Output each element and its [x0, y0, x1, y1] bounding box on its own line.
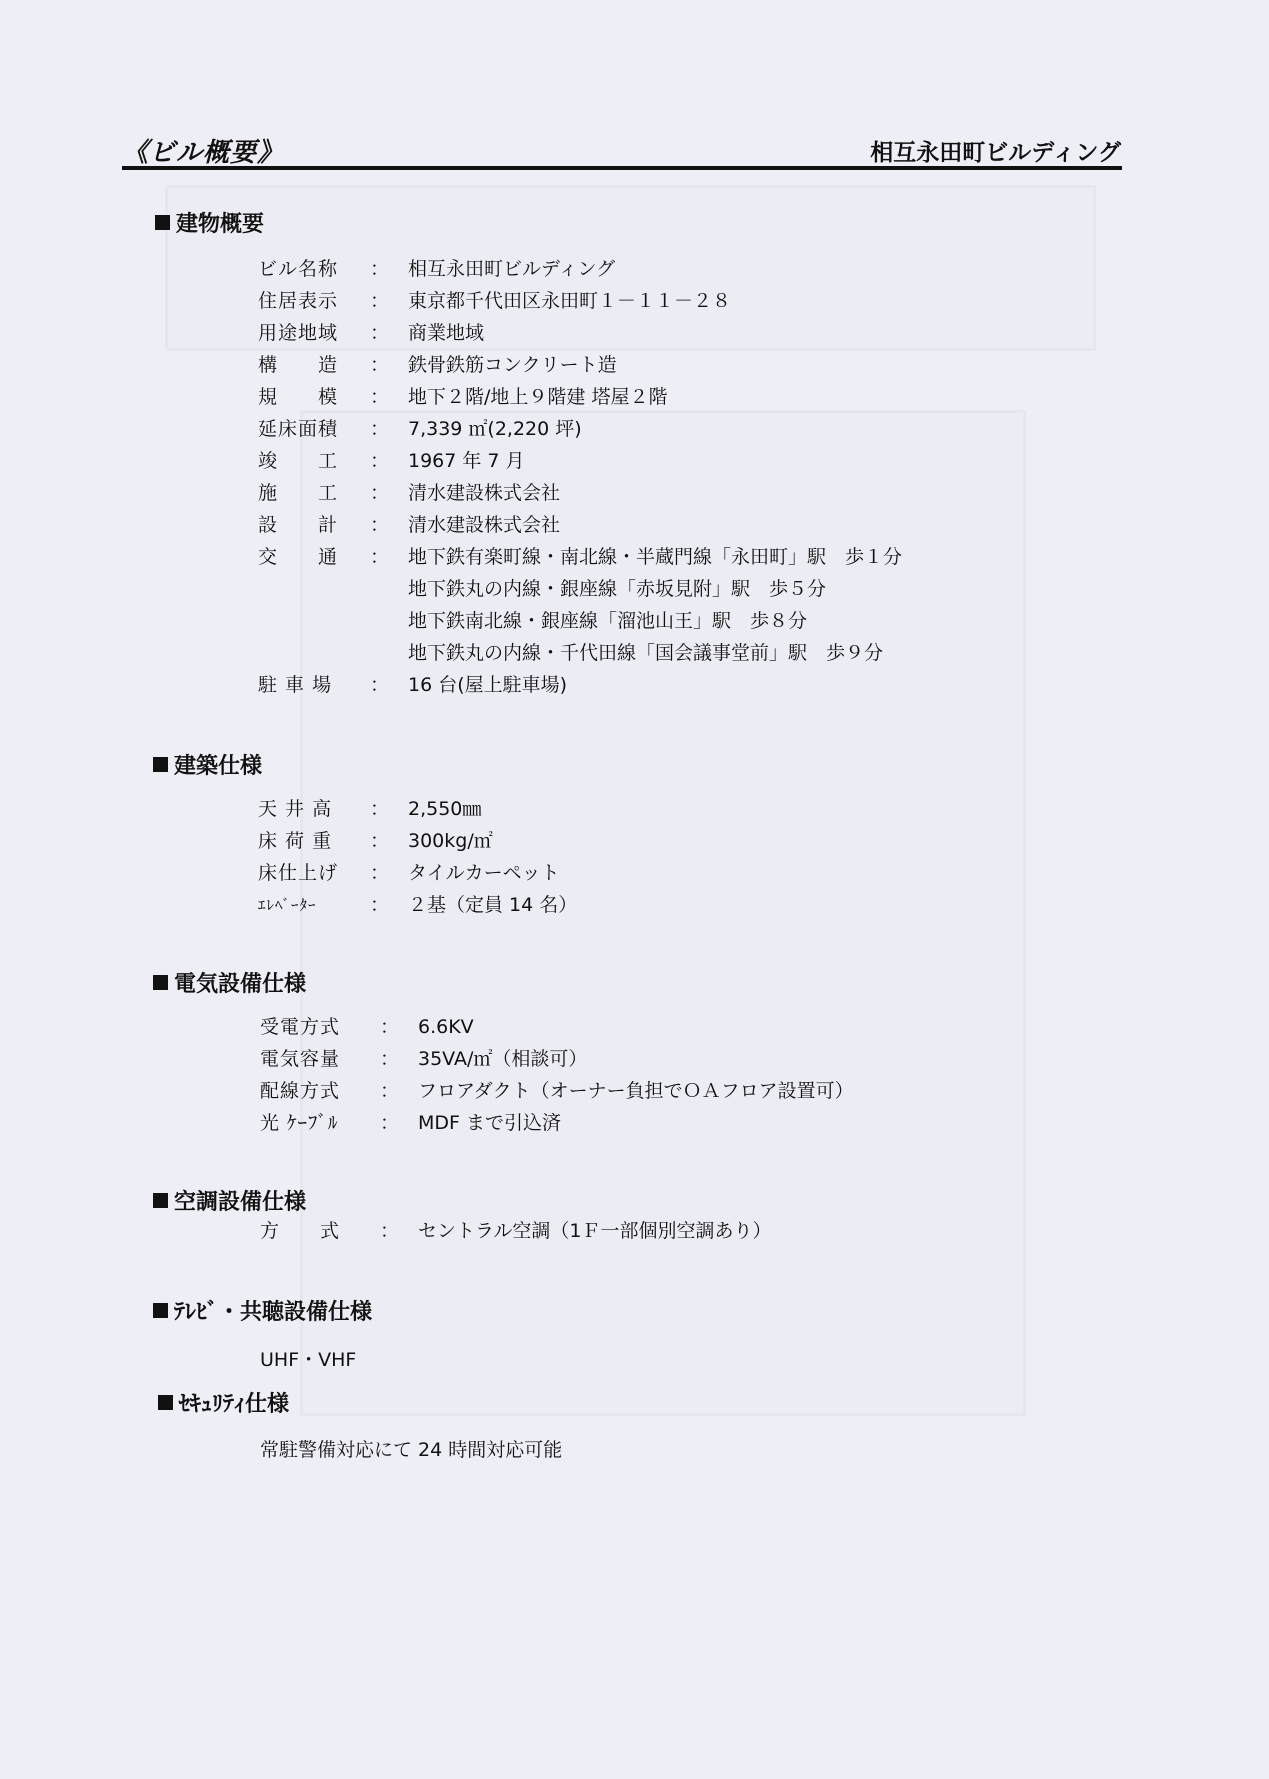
- building-name-header: 相互永田町ビルディング: [870, 134, 1121, 167]
- section-building-overview: 建物概要: [155, 207, 264, 238]
- spec-row: 配線方式：フロアダクト（オーナー負担でＯＡフロア設置可）: [260, 1079, 854, 1103]
- section-title: ｾｷｭﾘﾃｨ仕様: [179, 1387, 289, 1418]
- section-tv: ﾃﾚﾋﾞ・共聴設備仕様: [153, 1295, 372, 1326]
- square-bullet-icon: [153, 757, 168, 772]
- spec-row: 光 ｹｰﾌﾞﾙ：MDF まで引込済: [260, 1111, 561, 1135]
- spec-row: ｴﾚﾍﾞｰﾀｰ：２基（定員 14 名）: [258, 893, 577, 917]
- spec-row: 住居表示：東京都千代田区永田町１－１１－２８: [258, 289, 731, 313]
- spec-row-access: 交 通：地下鉄有楽町線・南北線・半蔵門線「永田町」駅 歩１分: [258, 545, 902, 569]
- spec-row: 方 式：セントラル空調（1Ｆ一部個別空調あり）: [260, 1219, 772, 1243]
- section-title: 建物概要: [176, 207, 264, 238]
- spec-row: 竣 工：1967 年 7 月: [258, 449, 525, 473]
- square-bullet-icon: [158, 1395, 173, 1410]
- spec-row: 電気容量：35VA/㎡（相談可）: [260, 1047, 587, 1071]
- section-architecture: 建築仕様: [153, 749, 262, 780]
- spec-row: 設 計：清水建設株式会社: [258, 513, 560, 537]
- square-bullet-icon: [153, 975, 168, 990]
- section-title: 建築仕様: [174, 749, 262, 780]
- section-title: ﾃﾚﾋﾞ・共聴設備仕様: [174, 1295, 372, 1326]
- spec-row: 構 造：鉄骨鉄筋コンクリート造: [258, 353, 617, 377]
- spec-row-access: 地下鉄丸の内線・千代田線「国会議事堂前」駅 歩９分: [258, 641, 883, 665]
- spec-row-access: 地下鉄丸の内線・銀座線「赤坂見附」駅 歩５分: [258, 577, 826, 601]
- square-bullet-icon: [153, 1303, 168, 1318]
- tv-spec-value: UHF・VHF: [260, 1345, 356, 1372]
- section-security: ｾｷｭﾘﾃｨ仕様: [158, 1387, 289, 1418]
- spec-row: 用途地域：商業地域: [258, 321, 484, 345]
- spec-row-access: 地下鉄南北線・銀座線「溜池山王」駅 歩８分: [258, 609, 807, 633]
- spec-row: 駐 車 場：16 台(屋上駐車場): [258, 673, 567, 697]
- page-title: 《ビル概要》: [122, 132, 284, 169]
- spec-row: 受電方式：6.6KV: [260, 1015, 474, 1039]
- spec-row: 規 模：地下２階/地上９階建 塔屋２階: [258, 385, 667, 409]
- spec-row: 床 荷 重：300kg/㎡: [258, 829, 493, 853]
- square-bullet-icon: [153, 1193, 168, 1208]
- spec-row: ビル名称：相互永田町ビルディング: [258, 257, 615, 281]
- square-bullet-icon: [155, 215, 170, 230]
- spec-row: 施 工：清水建設株式会社: [258, 481, 560, 505]
- spec-row: 天 井 高：2,550㎜: [258, 797, 481, 821]
- section-hvac: 空調設備仕様: [153, 1185, 306, 1216]
- section-electrical: 電気設備仕様: [153, 967, 306, 998]
- section-title: 電気設備仕様: [174, 967, 306, 998]
- document-page: 《ビル概要》 相互永田町ビルディング 建物概要 ビル名称：相互永田町ビルディング…: [0, 0, 1269, 1779]
- header-divider: [122, 166, 1122, 170]
- section-title: 空調設備仕様: [174, 1185, 306, 1216]
- spec-row: 床仕上げ：タイルカーペット: [258, 861, 560, 885]
- security-spec-value: 常駐警備対応にて 24 時間対応可能: [260, 1435, 562, 1462]
- spec-row: 延床面積：7,339 ㎡(2,220 坪): [258, 417, 582, 441]
